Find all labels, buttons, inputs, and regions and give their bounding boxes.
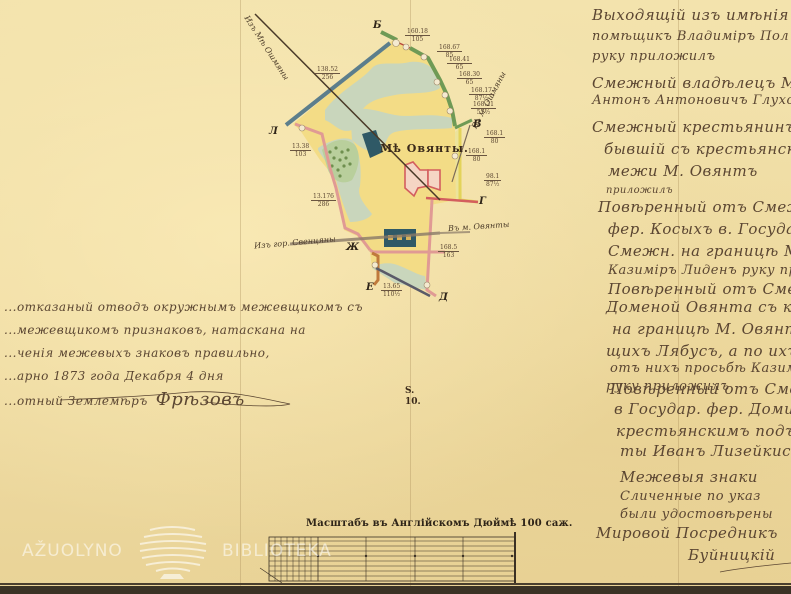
note-line: ...арно 1873 года Декабря 4 дня [4, 365, 363, 388]
note-line: бывшій съ крестьянск [604, 138, 791, 160]
note-line: Повѣренный отъ Смежн [598, 196, 791, 218]
corner-label-e: Е [366, 282, 374, 293]
library-logo-base [160, 574, 184, 579]
corner-label-b: Б [373, 20, 382, 31]
measurement-label: 168.180 [484, 130, 505, 145]
measurement-label: 168.1787½ [469, 87, 494, 102]
note-line: Повѣренный отъ Смежн [610, 378, 791, 400]
mediator-signature: Буйницкій [688, 544, 775, 566]
village-name-label: Мѣ Овянты. [380, 142, 469, 155]
library-logo [140, 527, 206, 571]
scale-bar-title: Масштабъ въ Англійскомъ Дюймѣ 100 саж. [306, 518, 573, 529]
compass-number: 10. [405, 397, 421, 407]
page-bottom-edge [0, 586, 791, 594]
measurement-label: 168.2157½ [471, 101, 496, 116]
note-line: Выходящій изъ имѣнія Овя [592, 4, 791, 26]
note-line: руку приложилъ [592, 46, 716, 68]
measurement-label: 138.52256 [315, 66, 340, 81]
note-line: Межевыя знаки [620, 466, 758, 488]
note-line: ...ченія межевыхъ знаковъ правильно, [4, 342, 363, 365]
measurement-label: 168.180 [466, 148, 487, 163]
note-line: крестьянскимъ подъ [616, 420, 791, 442]
measurement-label: 13.176286 [311, 193, 336, 208]
note-line: на границѣ М. Овянт [612, 318, 791, 340]
measurement-label: 168.3065 [457, 71, 482, 86]
note-line: Антонъ Антоновичъ Глуховс [592, 90, 791, 112]
note-line: ...межевщикомъ признаковъ, натаскана на [4, 319, 363, 342]
corner-label-g: Г [479, 196, 486, 207]
surveyor-certification-note: ...отказаный отводъ окружнымъ межевщиком… [4, 296, 363, 413]
boundary-yellow [460, 128, 478, 202]
note-line: ...отказаный отводъ окружнымъ межевщиком… [4, 296, 363, 319]
measurement-label: 13.38103 [290, 143, 311, 158]
note-line: ...отный ЗемлемѣръФрѣзовъ [4, 388, 363, 413]
note-line: фер. Косыхъ в. Государ. съ [608, 218, 791, 240]
corner-label-zh: Ж [346, 242, 359, 253]
note-line: межи М. Овянтъ [608, 160, 758, 182]
surveyor-signature: Фрѣзовъ [156, 389, 245, 410]
corner-label-d: Д [439, 292, 448, 303]
measurement-label: 168.5163 [438, 244, 459, 259]
note-line: Смежн. на границѣ М. [608, 240, 791, 262]
note-line: помѣщикъ Владиміръ Пол [592, 26, 789, 48]
watermark-text-left: AŽUOLYNO [22, 541, 123, 561]
measurement-label: 160.18105 [405, 28, 430, 43]
measurement-label: 168.4165 [447, 56, 472, 71]
page-bottom-line [0, 583, 791, 585]
measurement-label: 98.187½ [484, 173, 501, 188]
measurement-label: 13.65110½ [381, 283, 402, 298]
note-line: Доменой Овянта съ крес [606, 296, 791, 318]
compass-letter: S. [405, 386, 414, 396]
watermark-text-right: BIBLIOTEKA [222, 541, 332, 561]
note-line: ты Иванъ Лизейкисъ [620, 440, 791, 462]
note-line: Мировой Посредникъ [596, 522, 778, 544]
corner-label-l: Л [269, 126, 278, 137]
note-line: в Государ. фер. Домиловъ [614, 398, 791, 420]
corner-label-v: В [473, 119, 481, 130]
boundary-green-top [381, 32, 397, 40]
note-line: Смежный крестьянинъ [592, 116, 791, 138]
